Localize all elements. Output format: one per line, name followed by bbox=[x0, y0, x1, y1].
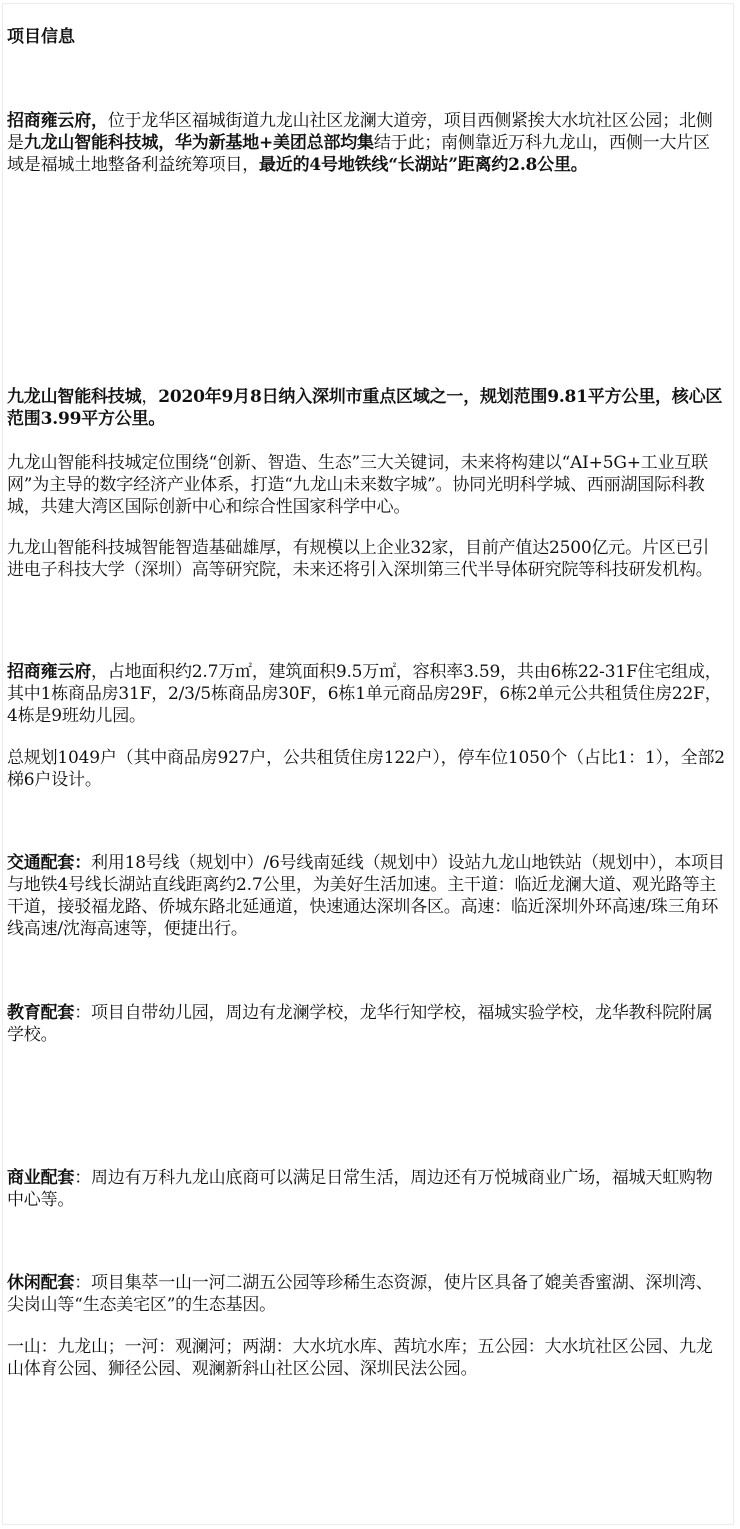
text-segment: 九龙山智能科技城智能智造基础雄厚，有规模以上企业32家，目前产值达2500亿元。… bbox=[7, 538, 713, 580]
tech-city-positioning-paragraph: 九龙山智能科技城定位围绕“创新、智造、生态”三大关键词，未来将构建以“AI+5G… bbox=[7, 452, 725, 518]
bold-text-segment: 教育配套 bbox=[7, 1003, 74, 1023]
text-segment: ，占地面积约2.7万㎡，建筑面积9.5万㎡，容积率3.59，共由6栋22-31F… bbox=[7, 662, 722, 726]
page-title: 项目信息 bbox=[7, 26, 75, 48]
leisure-details-paragraph: 一山：九龙山；一河：观澜河；两湖：大水坑水库、茜坑水库；五公园：大水坑社区公园、… bbox=[7, 1336, 725, 1380]
text-segment: ， bbox=[141, 387, 158, 407]
bold-text-segment: 招商雍云府， bbox=[7, 111, 108, 131]
education-paragraph: 教育配套：项目自带幼儿园，周边有龙澜学校，龙华行知学校，福城实验学校，龙华教科院… bbox=[7, 1002, 725, 1046]
text-segment: ：周边有万科九龙山底商可以满足日常生活，周边还有万悦城商业广场，福城天虹购物中心… bbox=[7, 1168, 713, 1210]
bold-text-segment: 商业配套 bbox=[7, 1168, 74, 1188]
text-segment: 利用18号线（规划中）/6号线南延线（规划中）设站九龙山地铁站（规划中），本项目… bbox=[7, 853, 725, 939]
bold-text-segment: 交通配套： bbox=[7, 853, 91, 873]
bold-text-segment: 九龙山智能科技城 bbox=[7, 387, 141, 407]
text-segment: ：项目自带幼儿园，周边有龙澜学校，龙华行知学校，福城实验学校，龙华教科院附属学校… bbox=[7, 1003, 713, 1045]
text-segment: ：项目集萃一山一河二湖五公园等珍稀生态资源，使片区具备了媲美香蜜湖、深圳湾、尖岗… bbox=[7, 1273, 713, 1315]
text-segment: 总规划1049户（其中商品房927户，公共租赁住房122户），停车位1050个（… bbox=[7, 748, 725, 790]
tech-city-industry-paragraph: 九龙山智能科技城智能智造基础雄厚，有规模以上企业32家，目前产值达2500亿元。… bbox=[7, 537, 725, 581]
project-specs-paragraph: 招商雍云府，占地面积约2.7万㎡，建筑面积9.5万㎡，容积率3.59，共由6栋2… bbox=[7, 661, 725, 727]
tech-city-heading-paragraph: 九龙山智能科技城，2020年9月8日纳入深圳市重点区域之一，规划范围9.81平方… bbox=[7, 386, 725, 430]
commerce-paragraph: 商业配套：周边有万科九龙山底商可以满足日常生活，周边还有万悦城商业广场，福城天虹… bbox=[7, 1167, 725, 1211]
leisure-paragraph: 休闲配套：项目集萃一山一河二湖五公园等珍稀生态资源，使片区具备了媲美香蜜湖、深圳… bbox=[7, 1272, 725, 1316]
text-segment: 一山：九龙山；一河：观澜河；两湖：大水坑水库、茜坑水库；五公园：大水坑社区公园、… bbox=[7, 1337, 713, 1379]
bold-text-segment: 九龙山智能科技城，华为新基地+美团总部均集 bbox=[24, 133, 374, 153]
bold-text-segment: 休闲配套 bbox=[7, 1273, 74, 1293]
project-units-paragraph: 总规划1049户（其中商品房927户，公共租赁住房122户），停车位1050个（… bbox=[7, 747, 725, 791]
bold-text-segment: 招商雍云府 bbox=[7, 662, 91, 682]
transport-paragraph: 交通配套：利用18号线（规划中）/6号线南延线（规划中）设站九龙山地铁站（规划中… bbox=[7, 852, 725, 940]
text-segment: 九龙山智能科技城定位围绕“创新、智造、生态”三大关键词，未来将构建以“AI+5G… bbox=[7, 453, 708, 517]
intro-paragraph: 招商雍云府，位于龙华区福城街道九龙山社区龙澜大道旁，项目西侧紧挨大水坑社区公园；… bbox=[7, 110, 725, 176]
bold-text-segment: 最近的4号地铁线“长湖站”距离约2.8公里。 bbox=[259, 155, 588, 175]
